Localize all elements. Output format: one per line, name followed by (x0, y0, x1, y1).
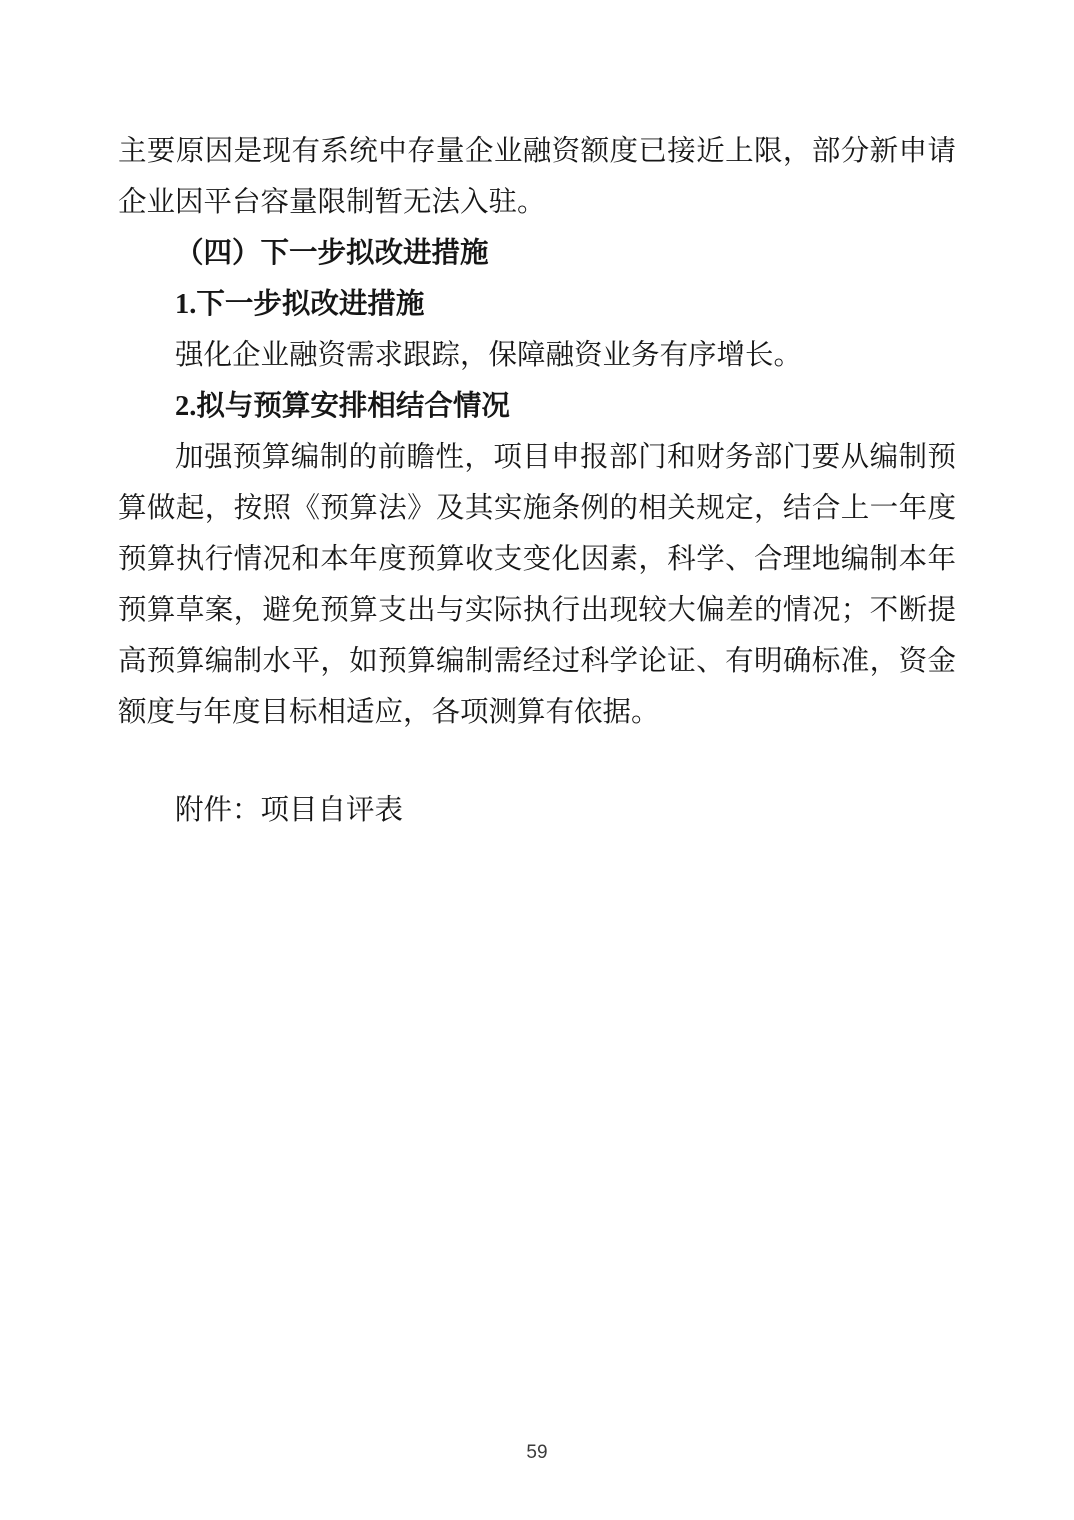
subsection-heading-2: 2.拟与预算安排相结合情况 (118, 381, 956, 432)
body-paragraph-continued: 主要原因是现有系统中存量企业融资额度已接近上限，部分新申请企业因平台容量限制暂无… (118, 126, 956, 228)
document-page: 主要原因是现有系统中存量企业融资额度已接近上限，部分新申请企业因平台容量限制暂无… (0, 0, 1074, 1520)
attachment-note: 附件：项目自评表 (118, 785, 956, 836)
section-heading-4: （四）下一步拟改进措施 (118, 228, 956, 279)
document-body: 主要原因是现有系统中存量企业融资额度已接近上限，部分新申请企业因平台容量限制暂无… (118, 126, 956, 836)
page-number: 59 (0, 1442, 1074, 1464)
subsection-heading-1: 1.下一步拟改进措施 (118, 279, 956, 330)
body-paragraph-budget: 加强预算编制的前瞻性，项目申报部门和财务部门要从编制预算做起，按照《预算法》及其… (118, 432, 956, 738)
body-paragraph-measures: 强化企业融资需求跟踪，保障融资业务有序增长。 (118, 330, 956, 381)
